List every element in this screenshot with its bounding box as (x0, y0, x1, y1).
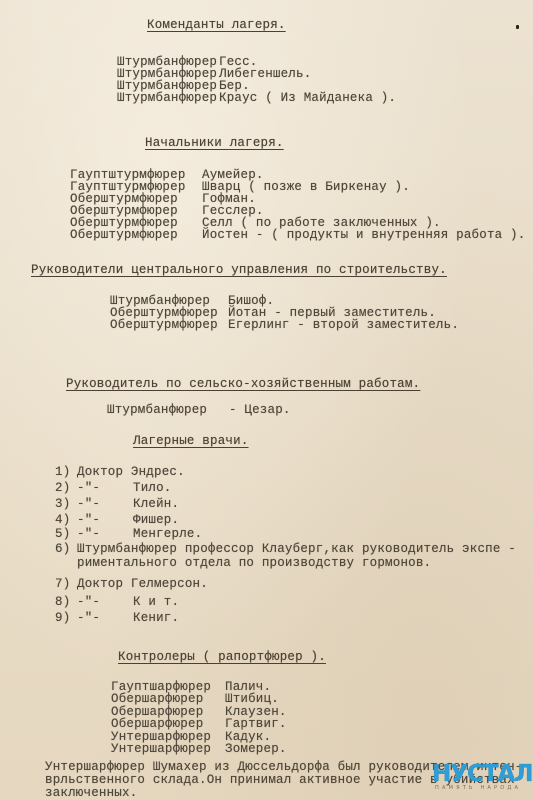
person-name: Зомерер. (225, 742, 287, 756)
item-text: К и т. (133, 595, 179, 609)
item-text: Доктор Эндрес. (77, 465, 185, 479)
item-number: 7) (55, 577, 77, 591)
list-item: 4)-"-Фишер. (55, 513, 179, 527)
item-number: 5) (55, 527, 77, 541)
list-item: 9)-"-Кениг. (55, 611, 179, 625)
ditto-mark: -"- (77, 595, 133, 609)
item-number: 1) (55, 465, 77, 479)
list-item-continuation: риментального отдела по производству гор… (77, 556, 431, 570)
list-item: УнтершарфюрерЗомерер. (111, 742, 287, 756)
item-number: 9) (55, 611, 77, 625)
list-item: 6)Штурмбанфюрер профессор Клауберг,как р… (55, 542, 516, 556)
ditto-mark: -"- (77, 527, 133, 541)
list-item: 5)-"-Менгерле. (55, 527, 202, 541)
list-item: ОберштурмфюрерЕгерлинг - второй заместит… (110, 318, 459, 332)
heading-construction: Руководители центрального управления по … (31, 263, 447, 277)
item-text: Фишер. (133, 513, 179, 527)
list-item: 1)Доктор Эндрес. (55, 465, 185, 479)
person-name: Йостен - ( продукты и внутренняя работа … (202, 228, 525, 242)
item-text: Кениг. (133, 611, 179, 625)
rank: Штурмбанфюрер (107, 403, 229, 417)
item-text: Тило. (133, 481, 172, 495)
item-number: 3) (55, 497, 77, 511)
paragraph-line: заключенных. (45, 786, 137, 800)
rank: Унтершарфюрер (111, 742, 225, 756)
rank: Оберштурмфюрер (70, 228, 202, 242)
item-text: Штурмбанфюрер профессор Клауберг,как рук… (77, 542, 516, 556)
person-name: - Цезар. (229, 403, 291, 417)
list-item: 8)-"-К и т. (55, 595, 179, 609)
item-text: Доктор Гелмерсон. (77, 577, 208, 591)
heading-controllers: Контролеры ( рапортфюрер ). (118, 650, 326, 664)
heading-camp-chiefs: Начальники лагеря. (145, 136, 284, 150)
item-number: 8) (55, 595, 77, 609)
ditto-mark: -"- (77, 611, 133, 625)
heading-commandants: Коменданты лагеря. (147, 18, 286, 32)
ink-speck (516, 25, 519, 29)
list-item: ОберштурмфюрерЙостен - ( продукты и внут… (70, 228, 525, 242)
item-number: 2) (55, 481, 77, 495)
item-text: Менгерле. (133, 527, 202, 541)
rank: Обершарфюрер (111, 692, 225, 706)
heading-agriculture: Руководитель по сельско-хозяйственным ра… (66, 377, 420, 391)
rank: Штурмбанфюрер (117, 91, 219, 105)
person-name: Штибиц. (225, 692, 279, 706)
item-number: 6) (55, 542, 77, 556)
item-text: Клейн. (133, 497, 179, 511)
rank: Обершарфюрер (111, 717, 225, 731)
watermark-tagline: ПАМЯТЬ НАРОДА (435, 785, 521, 791)
heading-doctors: Лагерные врачи. (133, 434, 249, 448)
watermark-brand: НУСТАЛ (432, 762, 532, 786)
document-page: Коменданты лагеря. ШтурмбанфюрерГесс. Шт… (0, 0, 533, 800)
person-name: Егерлинг - второй заместитель. (228, 318, 459, 332)
list-item: ШтурмбанфюрерКраус ( Из Майданека ). (117, 91, 396, 105)
ditto-mark: -"- (77, 513, 133, 527)
list-item: 2)-"-Тило. (55, 481, 172, 495)
person-name: Краус ( Из Майданека ). (219, 91, 396, 105)
item-number: 4) (55, 513, 77, 527)
list-item: 7)Доктор Гелмерсон. (55, 577, 208, 591)
person-name: Гартвиг. (225, 717, 287, 731)
ditto-mark: -"- (77, 481, 133, 495)
list-item: 3)-"-Клейн. (55, 497, 179, 511)
rank: Оберштурмфюрер (110, 318, 228, 332)
ditto-mark: -"- (77, 497, 133, 511)
list-item: ОбершарфюрерГартвиг. (111, 717, 287, 731)
watermark-logo: НУСТАЛ ПАМЯТЬ НАРОДА (432, 762, 533, 794)
list-item: ОбершарфюрерШтибиц. (111, 692, 279, 706)
list-item: Штурмбанфюрер- Цезар. (107, 403, 291, 417)
